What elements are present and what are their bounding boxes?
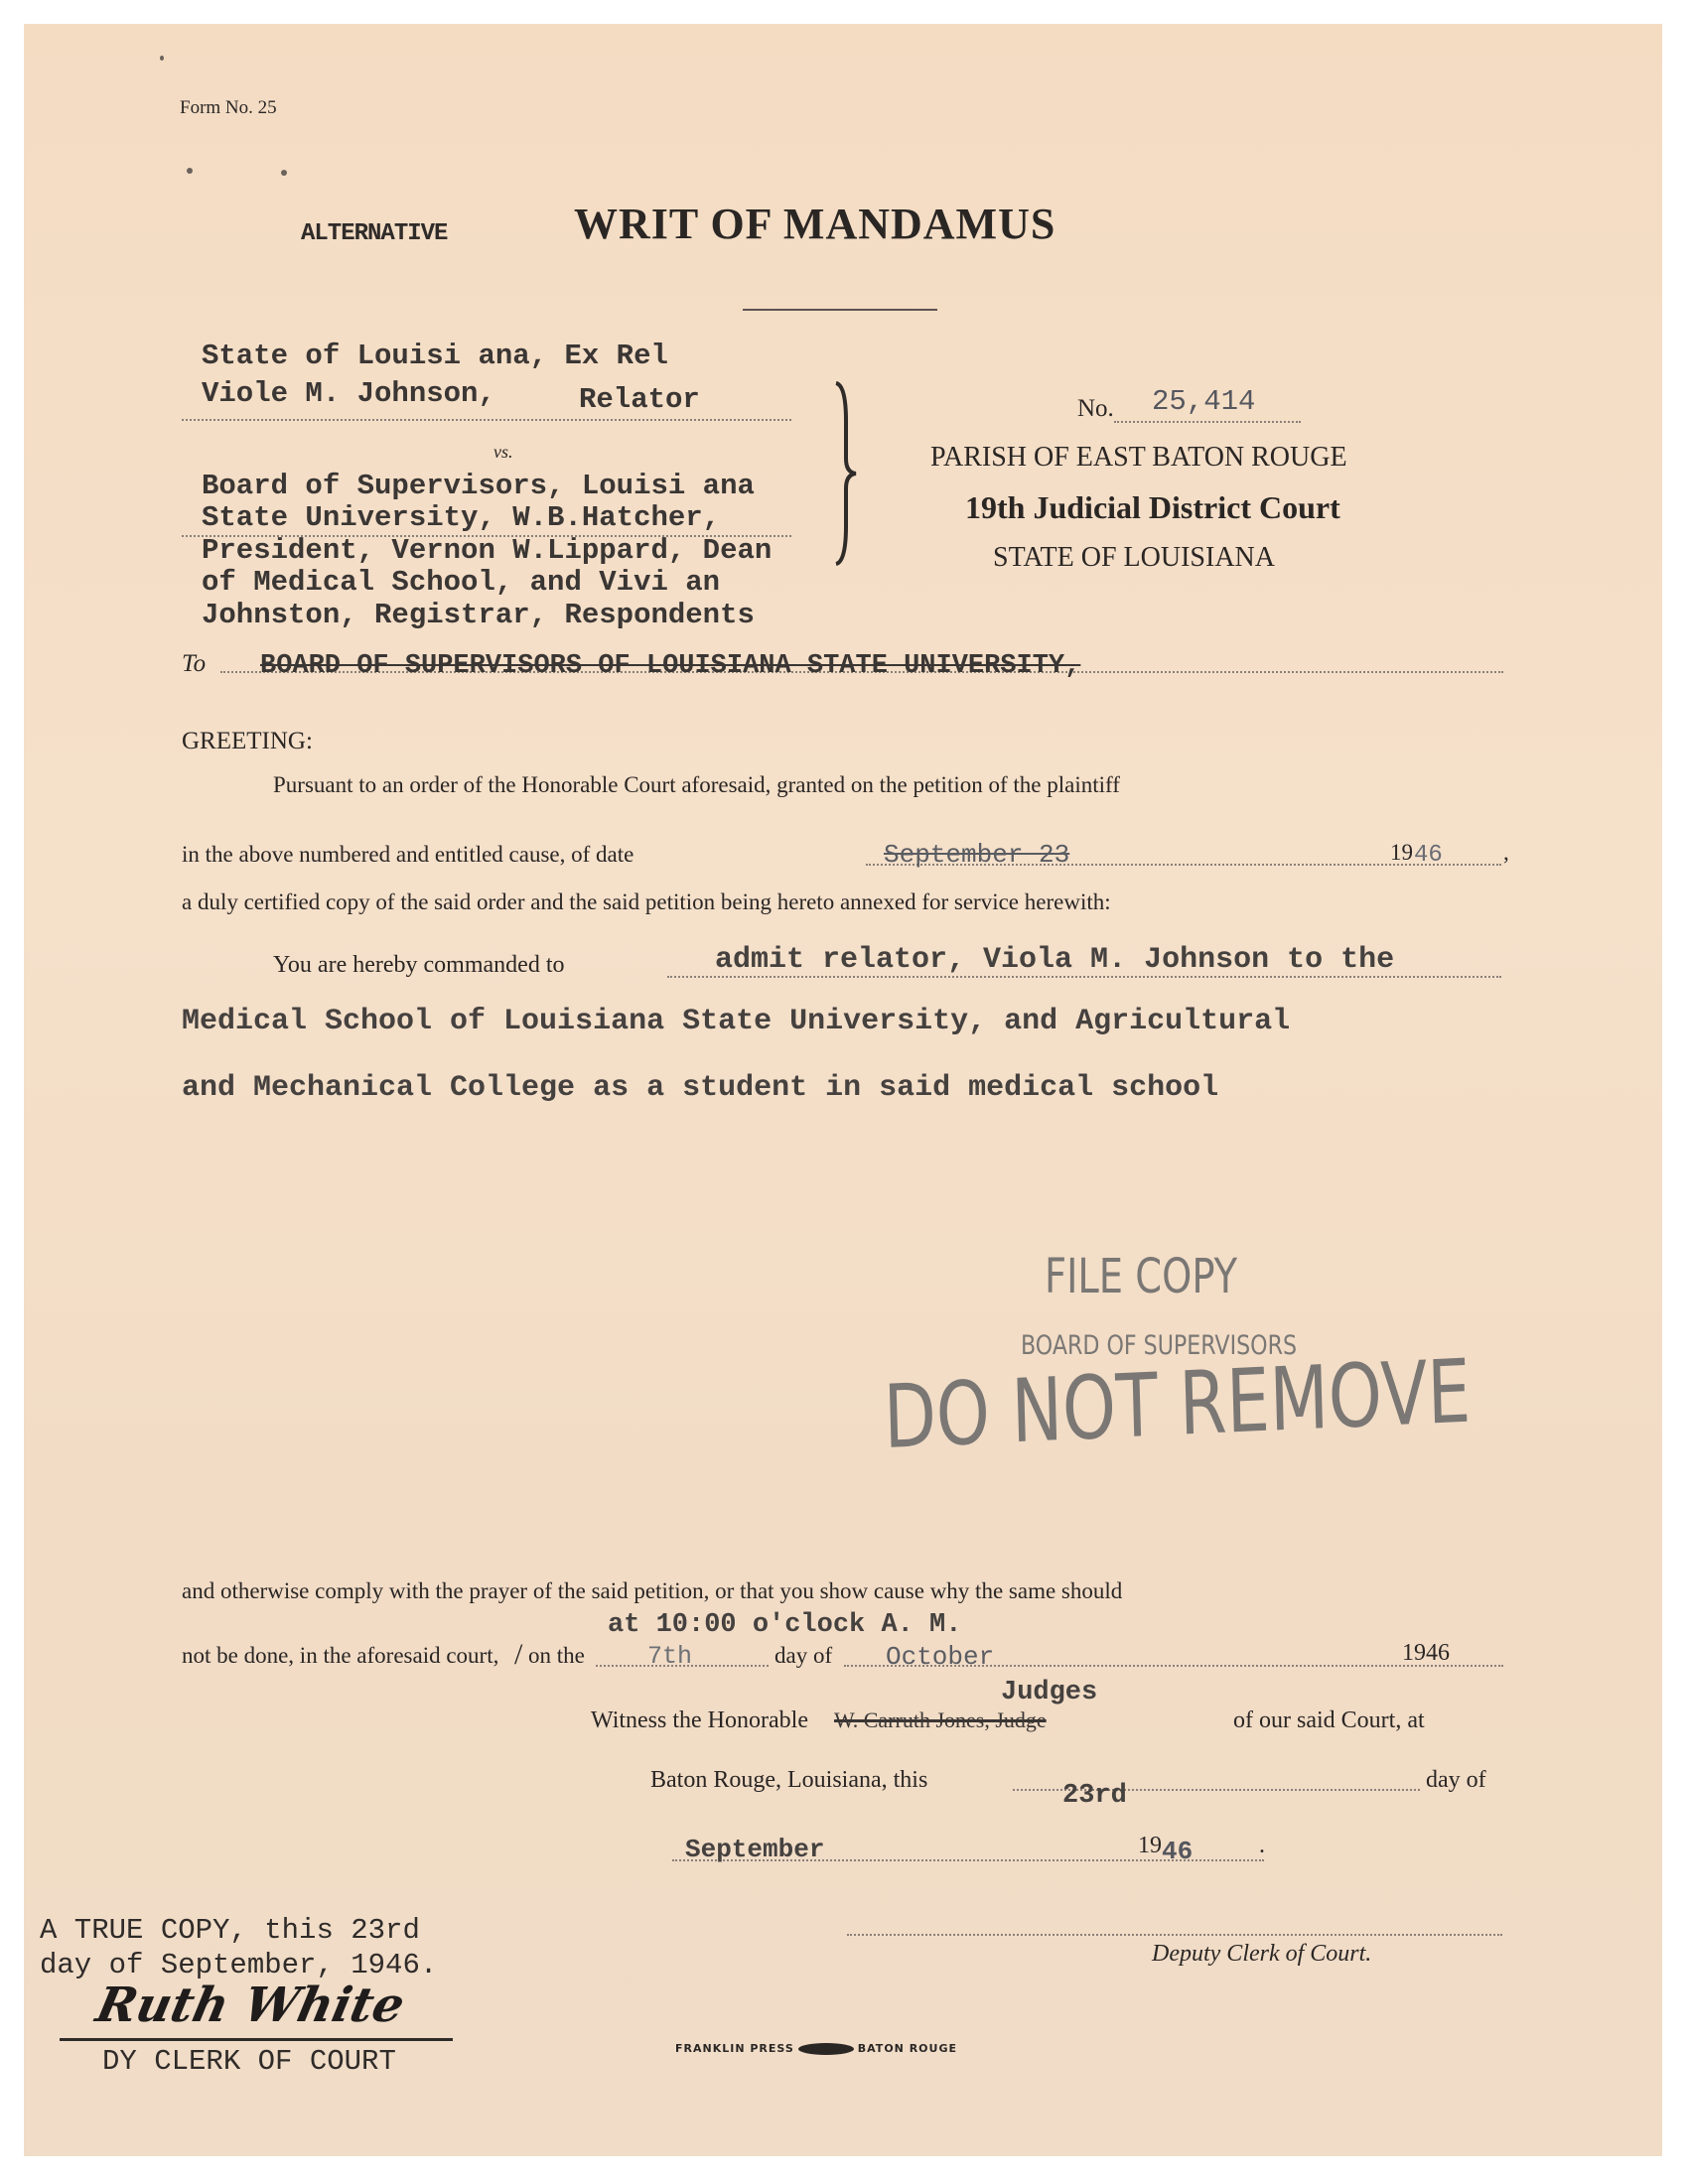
title-prefix: ALTERNATIVE: [301, 220, 447, 247]
witness-year-value: 46: [1162, 1837, 1193, 1866]
plaintiff-line-1: State of Louisi ana, Ex Rel: [202, 340, 668, 372]
to-label: To: [182, 650, 206, 678]
versus-label: vs.: [493, 442, 513, 463]
hearing-time-insert: at 10:00 o'clock A. M.: [608, 1610, 961, 1640]
defendant-line: Board of Supervisors, Louisi ana: [202, 470, 755, 502]
command-text-line: and Mechanical College as a student in s…: [182, 1071, 1218, 1105]
caption-brace: [832, 381, 862, 566]
court-name: 19th Judicial District Court: [965, 489, 1340, 526]
punch-mark: [187, 168, 193, 174]
hearing-day-value: 7th: [647, 1642, 692, 1671]
judge-struck: W. Carruth Jones, Judge: [834, 1707, 1047, 1733]
defendant-line: Johnston, Registrar, Respondents: [202, 599, 755, 631]
command-prefix: You are hereby commanded to: [273, 952, 564, 979]
caret-mark: /: [514, 1638, 522, 1672]
body-text-line: in the above numbered and entitled cause…: [182, 842, 633, 868]
printer-imprint: FRANKLIN PRESS BATON ROUGE: [675, 2042, 957, 2055]
body-text-line: a duly certified copy of the said order …: [182, 889, 1111, 915]
witness-place: Baton Rouge, Louisiana, this: [650, 1767, 927, 1794]
defendant-line: President, Vernon W.Lippard, Dean: [202, 534, 772, 567]
command-text-line: admit relator, Viola M. Johnson to the: [715, 943, 1394, 977]
clerk-title: DY CLERK OF COURT: [102, 2045, 396, 2078]
plaintiff-line-2: Viole M. Johnson,: [202, 377, 495, 410]
deputy-clerk-line: [847, 1934, 1502, 1936]
printer-name: FRANKLIN PRESS: [675, 2042, 794, 2055]
case-number-label: No.: [1077, 395, 1114, 423]
greeting: GREETING:: [182, 728, 313, 755]
judge-insert: Judges: [1001, 1678, 1097, 1707]
state-name: STATE OF LOUISIANA: [993, 542, 1275, 574]
relator-label: Relator: [579, 383, 700, 416]
printer-logo-icon: [798, 2043, 854, 2055]
true-copy-line-1: A TRUE COPY, this 23rd: [40, 1914, 420, 1947]
witness-day-of: day of: [1426, 1767, 1486, 1794]
deputy-clerk-label: Deputy Clerk of Court.: [1152, 1941, 1371, 1968]
on-the-label: on the: [528, 1643, 585, 1669]
stamp-file-copy: FILE COPY: [1045, 1249, 1237, 1304]
defendant-line: State University, W.B.Hatcher,: [202, 501, 720, 534]
body-text-line: Pursuant to an order of the Honorable Co…: [273, 772, 1120, 798]
plaintiff-underline: [182, 419, 791, 421]
punch-mark: [281, 170, 287, 176]
form-number: Form No. 25: [180, 97, 277, 119]
printer-city: BATON ROUGE: [858, 2042, 957, 2055]
witness-month-value: September: [685, 1835, 824, 1864]
witness-day-value: 23rd: [1062, 1781, 1127, 1811]
comma: ,: [1503, 840, 1509, 866]
witness-suffix: of our said Court, at: [1233, 1707, 1425, 1734]
period: .: [1259, 1833, 1265, 1859]
punch-mark: [160, 56, 164, 61]
case-number-line: [1114, 421, 1301, 423]
clerk-signature: Ruth White: [91, 1978, 409, 2033]
hearing-year-value: 1946: [1402, 1640, 1450, 1667]
parish-name: PARISH OF EAST BATON ROUGE: [930, 442, 1347, 474]
witness-prefix: Witness the Honorable: [591, 1707, 808, 1734]
body-text-line: not be done, in the aforesaid court,: [182, 1643, 498, 1669]
witness-year-prefix: 19: [1138, 1833, 1162, 1859]
hearing-month-value: October: [886, 1642, 994, 1672]
order-date-value: September 23: [884, 840, 1069, 870]
signature-line: [60, 2038, 453, 2041]
day-of-label: day of: [774, 1643, 832, 1669]
body-text-line: and otherwise comply with the prayer of …: [182, 1578, 1122, 1604]
title-divider: [743, 309, 937, 311]
command-text-line: Medical School of Louisiana State Univer…: [182, 1005, 1290, 1038]
order-year-value: 46: [1414, 842, 1443, 869]
document-title: WRIT OF MANDAMUS: [574, 199, 1055, 249]
order-year-prefix: 19: [1390, 840, 1413, 866]
case-number-value: 25,414: [1152, 385, 1255, 418]
defendant-line: of Medical School, and Vivi an: [202, 566, 720, 599]
addressee-value: BOARD OF SUPERVISORS OF LOUISIANA STATE …: [260, 651, 1080, 681]
